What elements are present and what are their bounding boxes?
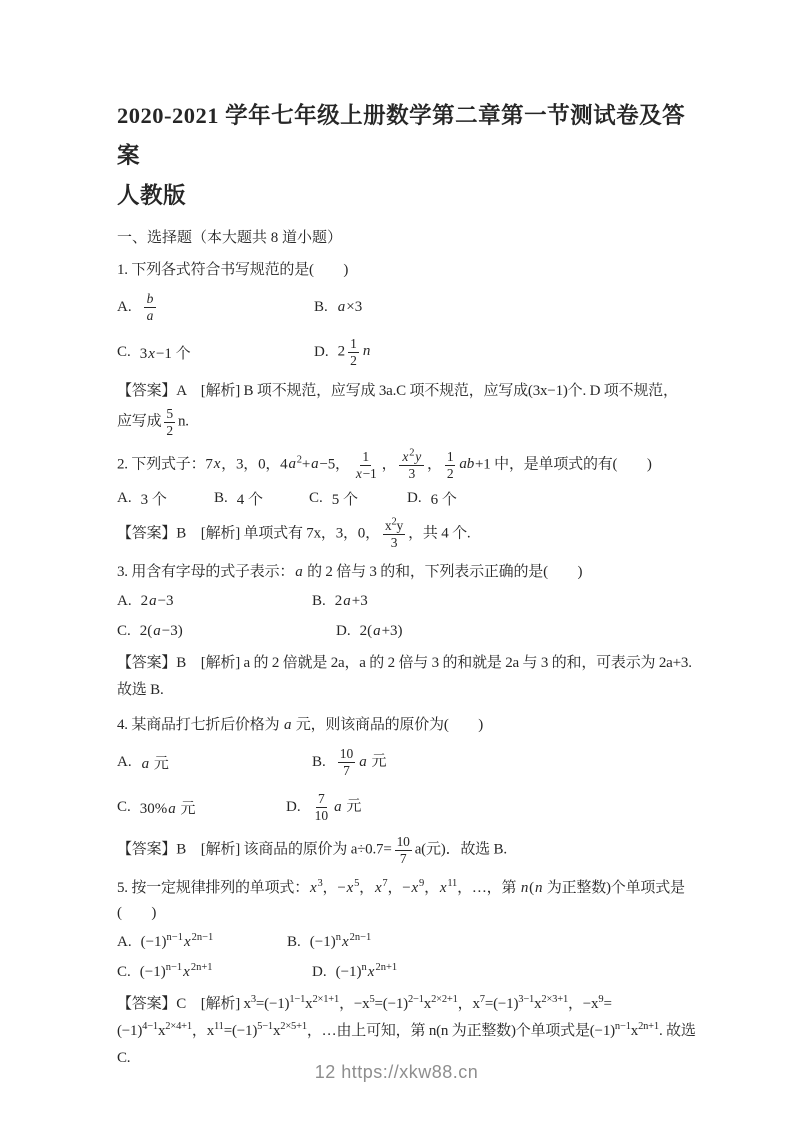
question-4-stem: 4. 某商品打七折后价格为 a 元，则该商品的原价为( ) — [117, 713, 701, 738]
option-key: C. — [309, 490, 323, 507]
question-4-answer: 【答案】B [解析] 该商品的原价为 a÷0.7=107a(元)．故选 B. — [117, 833, 701, 867]
option-body: 30%a 元 — [140, 797, 196, 818]
page-title-line1: 2020-2021 学年七年级上册数学第二章第一节测试卷及答案 — [117, 103, 685, 168]
option-key: D. — [407, 490, 422, 507]
option-body: 5 个 — [332, 488, 358, 509]
question-3-option-b: B.2a+3 — [312, 593, 368, 610]
question-1-options-row-2: C.3x−1 个 D.212n — [117, 331, 701, 373]
question-4-option-c: C.30%a 元 — [117, 797, 286, 818]
option-key: B. — [287, 934, 301, 951]
option-body: 6 个 — [431, 488, 457, 509]
option-body: (−1)n−1x2n−1 — [141, 934, 214, 951]
question-3-option-c: C.2(a−3) — [117, 623, 336, 640]
option-key: B. — [214, 490, 228, 507]
option-body: a 元 — [141, 752, 169, 773]
option-key: C. — [117, 623, 131, 640]
footer-url[interactable]: https://xkw88.cn — [341, 1062, 478, 1082]
page-title: 2020-2021 学年七年级上册数学第二章第一节测试卷及答案人教版 — [117, 96, 701, 216]
option-body: 107a 元 — [335, 745, 387, 779]
question-5-stem: 5. 按一定规律排列的单项式：x3，−x5，x7，−x9，x11，…，第 n(n… — [117, 876, 701, 926]
option-key: B. — [314, 299, 328, 316]
option-key: D. — [314, 344, 329, 361]
question-5-options-row-1: A.(−1)n−1x2n−1 B.(−1)nx2n−1 — [117, 929, 701, 956]
option-body: 2(a−3) — [140, 623, 183, 640]
question-2: 2. 下列式子：7x，3，0，4a2+a−5，1x−1，x2y3，12ab+1 … — [117, 448, 701, 551]
question-3-options-row-1: A.2a−3 B.2a+3 — [117, 588, 701, 615]
question-5-options-row-2: C.(−1)n−1x2n+1 D.(−1)nx2n+1 — [117, 959, 701, 986]
question-3: 3. 用含有字母的式子表示：a 的 2 倍与 3 的和，下列表示正确的是( ) … — [117, 560, 701, 704]
option-body: a×3 — [337, 299, 362, 316]
question-1-options-row-1: A.ba B.a×3 — [117, 286, 701, 328]
question-3-option-d: D.2(a+3) — [336, 623, 403, 640]
option-key: A. — [117, 299, 132, 316]
option-body: 710a 元 — [310, 790, 362, 824]
option-key: C. — [117, 964, 131, 981]
option-key: B. — [312, 754, 326, 771]
question-1-option-a: A.ba — [117, 290, 314, 324]
question-4-option-d: D.710a 元 — [286, 790, 361, 824]
question-2-option-c: C.5 个 — [309, 488, 407, 509]
question-1-option-d: D.212n — [314, 335, 371, 369]
question-1-answer: 【答案】A [解析] B 项不规范，应写成 3a.C 项不规范，应写成(3x−1… — [117, 378, 701, 439]
option-body: 2a−3 — [141, 593, 174, 610]
question-4-options-row-2: C.30%a 元 D.710a 元 — [117, 786, 701, 828]
question-1-stem: 1. 下列各式符合书写规范的是( ) — [117, 258, 701, 283]
option-body: (−1)nx2n+1 — [336, 964, 398, 981]
option-body: 2a+3 — [335, 593, 368, 610]
question-1-option-c: C.3x−1 个 — [117, 342, 314, 363]
option-body: 212n — [338, 335, 372, 369]
question-3-stem: 3. 用含有字母的式子表示：a 的 2 倍与 3 的和，下列表示正确的是( ) — [117, 560, 701, 585]
option-key: C. — [117, 344, 131, 361]
question-5-option-a: A.(−1)n−1x2n−1 — [117, 934, 287, 951]
question-1: 1. 下列各式符合书写规范的是( ) A.ba B.a×3 C.3x−1 个 D… — [117, 258, 701, 439]
option-key: D. — [312, 964, 327, 981]
question-4-options-row-1: A.a 元 B.107a 元 — [117, 741, 701, 783]
option-body: ba — [141, 290, 160, 324]
question-3-options-row-2: C.2(a−3) D.2(a+3) — [117, 618, 701, 645]
question-4-option-a: A.a 元 — [117, 752, 312, 773]
option-body: (−1)n−1x2n+1 — [140, 964, 213, 981]
question-2-option-d: D.6 个 — [407, 488, 457, 509]
page-footer: 12 https://xkw88.cn — [0, 1062, 793, 1083]
option-key: A. — [117, 754, 132, 771]
question-2-stem: 2. 下列式子：7x，3，0，4a2+a−5，1x−1，x2y3，12ab+1 … — [117, 448, 701, 482]
page-number: 12 — [315, 1062, 336, 1082]
question-5-answer: 【答案】C [解析] x3=(−1)1−1x2×1+1，−x5=(−1)2−1x… — [117, 991, 701, 1072]
option-body: 3 个 — [141, 488, 167, 509]
question-2-answer: 【答案】B [解析] 单项式有 7x，3，0，x2y3，共 4 个. — [117, 517, 701, 551]
question-2-options-row-1: A.3 个 B.4 个 C.5 个 D.6 个 — [117, 485, 701, 512]
option-key: B. — [312, 593, 326, 610]
option-body: 4 个 — [237, 488, 263, 509]
question-5-option-b: B.(−1)nx2n−1 — [287, 934, 371, 951]
option-body: (−1)nx2n−1 — [310, 934, 372, 951]
question-2-option-b: B.4 个 — [214, 488, 309, 509]
option-body: 3x−1 个 — [140, 342, 191, 363]
page-title-line2: 人教版 — [117, 183, 186, 208]
section-heading: 一、选择题（本大题共 8 道小题） — [117, 226, 701, 251]
option-key: A. — [117, 593, 132, 610]
question-4: 4. 某商品打七折后价格为 a 元，则该商品的原价为( ) A.a 元 B.10… — [117, 713, 701, 867]
question-3-answer: 【答案】B [解析] a 的 2 倍就是 2a，a 的 2 倍与 3 的和就是 … — [117, 650, 701, 704]
option-body: 2(a+3) — [360, 623, 403, 640]
option-key: D. — [336, 623, 351, 640]
question-5-option-c: C.(−1)n−1x2n+1 — [117, 964, 312, 981]
question-1-option-b: B.a×3 — [314, 299, 362, 316]
question-3-option-a: A.2a−3 — [117, 593, 312, 610]
question-5: 5. 按一定规律排列的单项式：x3，−x5，x7，−x9，x11，…，第 n(n… — [117, 876, 701, 1072]
question-4-option-b: B.107a 元 — [312, 745, 387, 779]
question-2-option-a: A.3 个 — [117, 488, 214, 509]
option-key: C. — [117, 799, 131, 816]
option-key: A. — [117, 490, 132, 507]
question-5-option-d: D.(−1)nx2n+1 — [312, 964, 397, 981]
option-key: D. — [286, 799, 301, 816]
document-page: 2020-2021 学年七年级上册数学第二章第一节测试卷及答案人教版 一、选择题… — [0, 0, 793, 1122]
option-key: A. — [117, 934, 132, 951]
